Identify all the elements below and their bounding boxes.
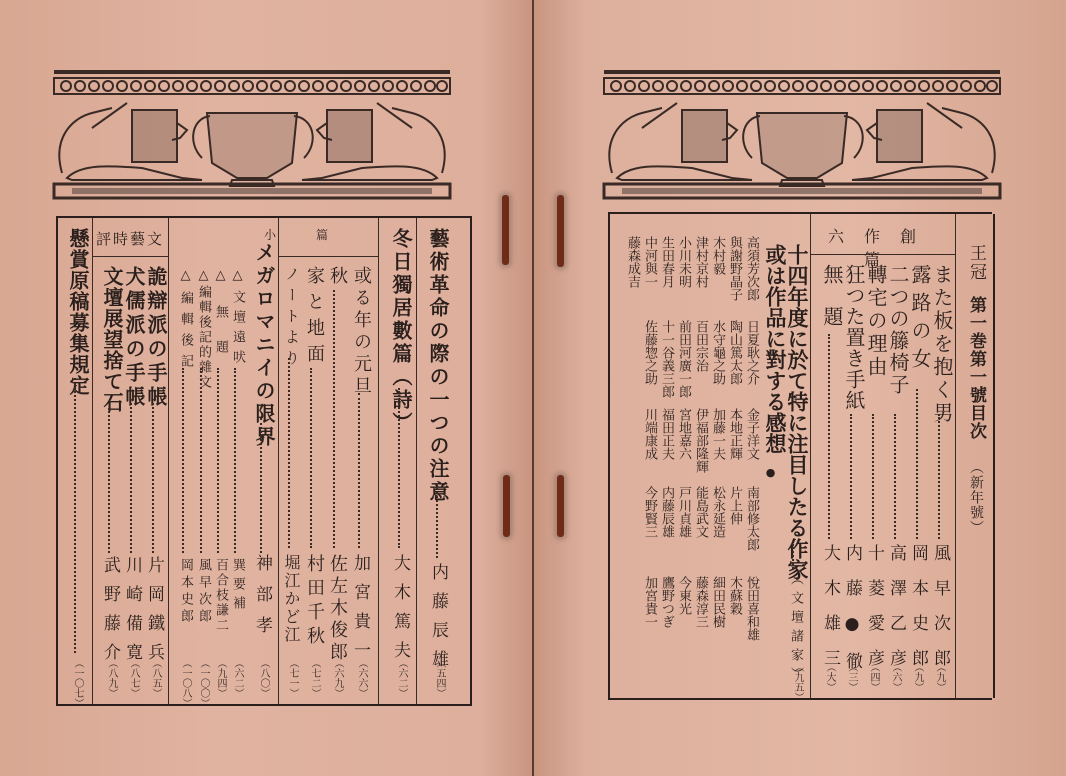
respondent-name: 金子洋文 [743, 408, 760, 460]
staple-top-left-icon [502, 195, 509, 265]
respondent-name: 能島武文 [692, 486, 709, 538]
entry-page: （九四） [213, 658, 228, 698]
sphinx-frieze-right [600, 68, 1004, 203]
respondent-name: 與謝野晶子 [726, 236, 743, 301]
entry-title: メガロマニイの限界 [250, 242, 279, 449]
respondent-name: 木蘇穀 [726, 576, 743, 615]
respondent-name: 陶山篤太郎 [726, 320, 743, 385]
respondent-name: 宮地嘉六 [675, 408, 692, 460]
entry-author: 岡本史郎 [176, 558, 195, 626]
entry-title: △文壇遠吠 [228, 268, 247, 370]
entry-author: 川崎備寛 [120, 556, 145, 672]
entry-author: 堀江かど江 [280, 554, 303, 644]
entry-author: 百合枝謙二 [211, 558, 230, 633]
entry-title: △無題 [211, 268, 230, 375]
entry-page: （三） [844, 662, 859, 692]
entry-page: （四） [866, 662, 881, 692]
entry-title: 或る年の元旦 [348, 266, 374, 398]
respondent-name: 藤森成吉 [624, 236, 641, 288]
leader-dots [217, 368, 219, 553]
leader-dots [108, 408, 110, 553]
entry-page: （六六） [354, 658, 369, 698]
respondent-name: 十一谷義三郎 [658, 320, 675, 398]
leader-dots [436, 488, 438, 558]
survey-title-line2: 或は作品に對する感想 [760, 244, 790, 454]
entry-author: 武野藤介 [98, 556, 123, 672]
entry-title: ノートより [282, 266, 303, 371]
respondent-name: 戸川貞雄 [675, 486, 692, 538]
sphinx-vase-decoration-icon [600, 68, 1004, 203]
respondent-name: 水守龜之助 [709, 320, 726, 385]
entry-page: （九） [932, 662, 947, 692]
leader-dots [310, 368, 312, 548]
issue-label: 第一巻第一號目次 [964, 296, 989, 440]
entry-page: （七二） [307, 658, 322, 698]
leader-dots [260, 418, 262, 553]
respondent-name: 生田春月 [658, 236, 675, 288]
leader-dots [792, 544, 794, 569]
respondent-name: 木村毅 [709, 236, 726, 275]
respondent-name: 百田宗治 [692, 320, 709, 372]
leader-dots [182, 368, 184, 553]
entry-page: （一〇八） [178, 658, 193, 708]
section-heading-short-stories: 小篇 [288, 226, 368, 243]
leader-dots [130, 403, 132, 553]
edition-label: （新年號） [966, 460, 986, 535]
entry-title: 家と地面 [301, 266, 327, 370]
respondent-name: 加宮貴一 [641, 576, 658, 628]
survey-mark-icon: ● [764, 466, 777, 481]
right-page: 王冠 第一巻第一號目次 （新年號） 創作六篇 また板を抱く男 風早次郎 （九） … [534, 0, 1066, 776]
entry-page: （九五） [790, 662, 805, 702]
respondent-name: 片上伸 [726, 486, 743, 525]
leader-dots [398, 388, 400, 548]
entry-title: 冬日獨居數篇（詩） [387, 228, 416, 435]
entry-page: （八七） [126, 658, 141, 698]
entry-page: （九） [910, 662, 925, 692]
entry-title: 文壇展望捨て石 [98, 266, 127, 413]
entry-page: （八九） [104, 658, 119, 698]
leader-dots [200, 368, 202, 553]
entry-page: （六九） [330, 658, 345, 698]
toc-box-left: 藝術革命の際の一つの注意 内藤辰雄 （五四） 冬日獨居數篇（詩） 大木篤夫 （六… [56, 216, 472, 706]
entry-page: （一〇〇） [196, 658, 211, 708]
leader-dots [152, 403, 154, 553]
respondent-name: 福田正夫 [658, 408, 675, 460]
respondent-name: 藤森淳三 [692, 576, 709, 628]
staple-bottom-left-icon [503, 475, 510, 537]
left-page: 藝術革命の際の一つの注意 内藤辰雄 （五四） 冬日獨居數篇（詩） 大木篤夫 （六… [0, 0, 532, 776]
respondent-name: 松永延造 [709, 486, 726, 538]
entry-page: （五四） [432, 658, 447, 698]
respondent-name: 日夏耿之介 [743, 320, 760, 385]
respondent-name: 今東光 [675, 576, 692, 615]
sphinx-vase-decoration-icon [52, 68, 452, 203]
entry-author: 巽要補 [228, 558, 247, 615]
respondent-name: 高須芳次郎 [743, 236, 760, 301]
respondent-name: 前田河廣一郎 [675, 320, 692, 398]
entry-page: （大） [822, 662, 837, 692]
entry-title: △編輯後記的雜文 [194, 268, 213, 390]
leader-dots [333, 290, 335, 548]
leader-dots [850, 414, 852, 539]
sphinx-frieze-left [52, 68, 452, 203]
respondent-name: 伊福部隆輝 [692, 408, 709, 473]
entry-page: （七一） [285, 658, 300, 698]
respondent-name: 今野賢三 [641, 486, 658, 538]
respondent-name: 鷹野つぎ [658, 576, 675, 628]
entry-author: 佐左木俊郎 [324, 554, 350, 664]
entry-title: 藝術革命の際の一つの注意 [424, 228, 453, 504]
leader-dots [358, 393, 360, 548]
leader-dots [938, 414, 940, 539]
respondent-name: 内藤辰雄 [658, 486, 675, 538]
respondent-name: 小川未明 [675, 236, 692, 288]
respondent-name: 川端康成 [641, 408, 658, 460]
magazine-name: 王冠 [964, 244, 989, 282]
respondent-name: 佐藤惣之助 [641, 320, 658, 385]
entry-page: （六二） [230, 658, 245, 698]
entry-author: 片岡鐵兵 [142, 556, 167, 672]
entry-author: 風早次郎 [194, 558, 213, 626]
leader-dots [288, 358, 290, 548]
entry-title: 秋 [324, 266, 350, 288]
entry-author: 村田千秋 [301, 554, 327, 650]
entry-page: （八五） [148, 658, 163, 698]
leader-dots [916, 389, 918, 539]
entry-page: （八〇） [256, 658, 271, 698]
entry-author: 加宮貴一 [348, 554, 373, 670]
leader-dots [872, 414, 874, 539]
respondent-name: 悅田喜和雄 [743, 576, 760, 641]
respondent-name: 津村京村 [692, 236, 709, 288]
leader-dots [828, 334, 830, 539]
magazine-spread: 藝術革命の際の一つの注意 内藤辰雄 （五四） 冬日獨居數篇（詩） 大木篤夫 （六… [0, 0, 1066, 776]
respondents-grid: 高須芳次郎 日夏耿之介 金子洋文 南部修太郎 悅田喜和雄 與謝野晶子 陶山篤太郎… [614, 236, 760, 696]
respondent-name: 加藤一夫 [709, 408, 726, 460]
respondent-name: 細田民樹 [709, 576, 726, 628]
entry-author: 大木篤夫 [388, 554, 413, 670]
respondent-name: 南部修太郎 [743, 486, 760, 551]
section-heading-criticism: 文藝時評 [94, 228, 166, 249]
entry-title: 無題 [818, 264, 847, 348]
entry-page: （六） [888, 662, 903, 692]
entry-title: △編輯後記 [176, 268, 195, 375]
leader-dots [894, 414, 896, 539]
entry-page: （一〇七） [70, 658, 85, 708]
entry-page: （六二） [394, 658, 409, 698]
leader-dots [234, 368, 236, 553]
respondent-name: 中河與一 [641, 236, 658, 288]
toc-box-right: 王冠 第一巻第一號目次 （新年號） 創作六篇 また板を抱く男 風早次郎 （九） … [608, 212, 992, 700]
leader-dots [74, 378, 76, 653]
entry-title: 懸賞原稿募集規定 [64, 228, 93, 396]
entry-author: 神部孝 [250, 554, 275, 647]
respondent-name: 本地正輝 [726, 408, 743, 460]
